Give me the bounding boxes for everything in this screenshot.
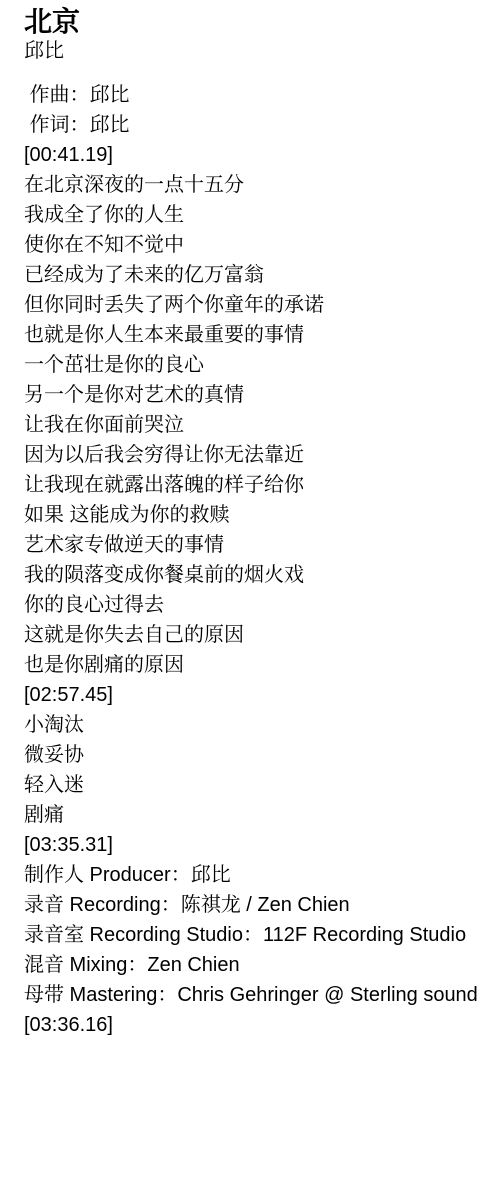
lyrics-body: 作曲：邱比 作词：邱比[00:41.19]在北京深夜的一点十五分我成全了你的人生… — [24, 80, 500, 1040]
lyric-line: 我成全了你的人生 — [24, 200, 500, 230]
lyric-line: [02:57.45] — [24, 680, 500, 710]
lyric-line: [00:41.19] — [24, 140, 500, 170]
lyric-line: 另一个是你对艺术的真情 — [24, 380, 500, 410]
lyric-line: 这就是你失去自己的原因 — [24, 620, 500, 650]
lyric-line: 作词：邱比 — [24, 110, 500, 140]
lyric-line: 让我在你面前哭泣 — [24, 410, 500, 440]
lyric-line: 作曲：邱比 — [24, 80, 500, 110]
lyric-line: 剧痛 — [24, 800, 500, 830]
lyric-line: 但你同时丢失了两个你童年的承诺 — [24, 290, 500, 320]
lyric-line: [03:36.16] — [24, 1010, 500, 1040]
lyric-line: 已经成为了未来的亿万富翁 — [24, 260, 500, 290]
lyrics-page: 北京 邱比 作曲：邱比 作词：邱比[00:41.19]在北京深夜的一点十五分我成… — [0, 0, 500, 1180]
lyric-line: 也就是你人生本来最重要的事情 — [24, 320, 500, 350]
song-title: 北京 — [24, 6, 500, 38]
lyric-line: 因为以后我会穷得让你无法靠近 — [24, 440, 500, 470]
lyric-line: 在北京深夜的一点十五分 — [24, 170, 500, 200]
lyric-line: [03:35.31] — [24, 830, 500, 860]
lyric-line: 录音室 Recording Studio：112F Recording Stud… — [24, 920, 500, 950]
lyric-line: 我的陨落变成你餐桌前的烟火戏 — [24, 560, 500, 590]
lyric-line: 混音 Mixing：Zen Chien — [24, 950, 500, 980]
lyric-line: 小淘汰 — [24, 710, 500, 740]
lyric-line: 微妥协 — [24, 740, 500, 770]
lyric-line: 艺术家专做逆天的事情 — [24, 530, 500, 560]
lyric-line: 轻入迷 — [24, 770, 500, 800]
lyric-line: 母带 Mastering：Chris Gehringer @ Sterling … — [24, 980, 500, 1010]
lyric-line: 你的良心过得去 — [24, 590, 500, 620]
lyric-line: 如果 这能成为你的救赎 — [24, 500, 500, 530]
lyric-line: 也是你剧痛的原因 — [24, 650, 500, 680]
lyric-line: 使你在不知不觉中 — [24, 230, 500, 260]
lyric-line: 让我现在就露出落魄的样子给你 — [24, 470, 500, 500]
lyric-line: 录音 Recording：陈祺龙 / Zen Chien — [24, 890, 500, 920]
artist-name: 邱比 — [24, 38, 500, 64]
lyric-line: 一个茁壮是你的良心 — [24, 350, 500, 380]
lyric-line: 制作人 Producer：邱比 — [24, 860, 500, 890]
